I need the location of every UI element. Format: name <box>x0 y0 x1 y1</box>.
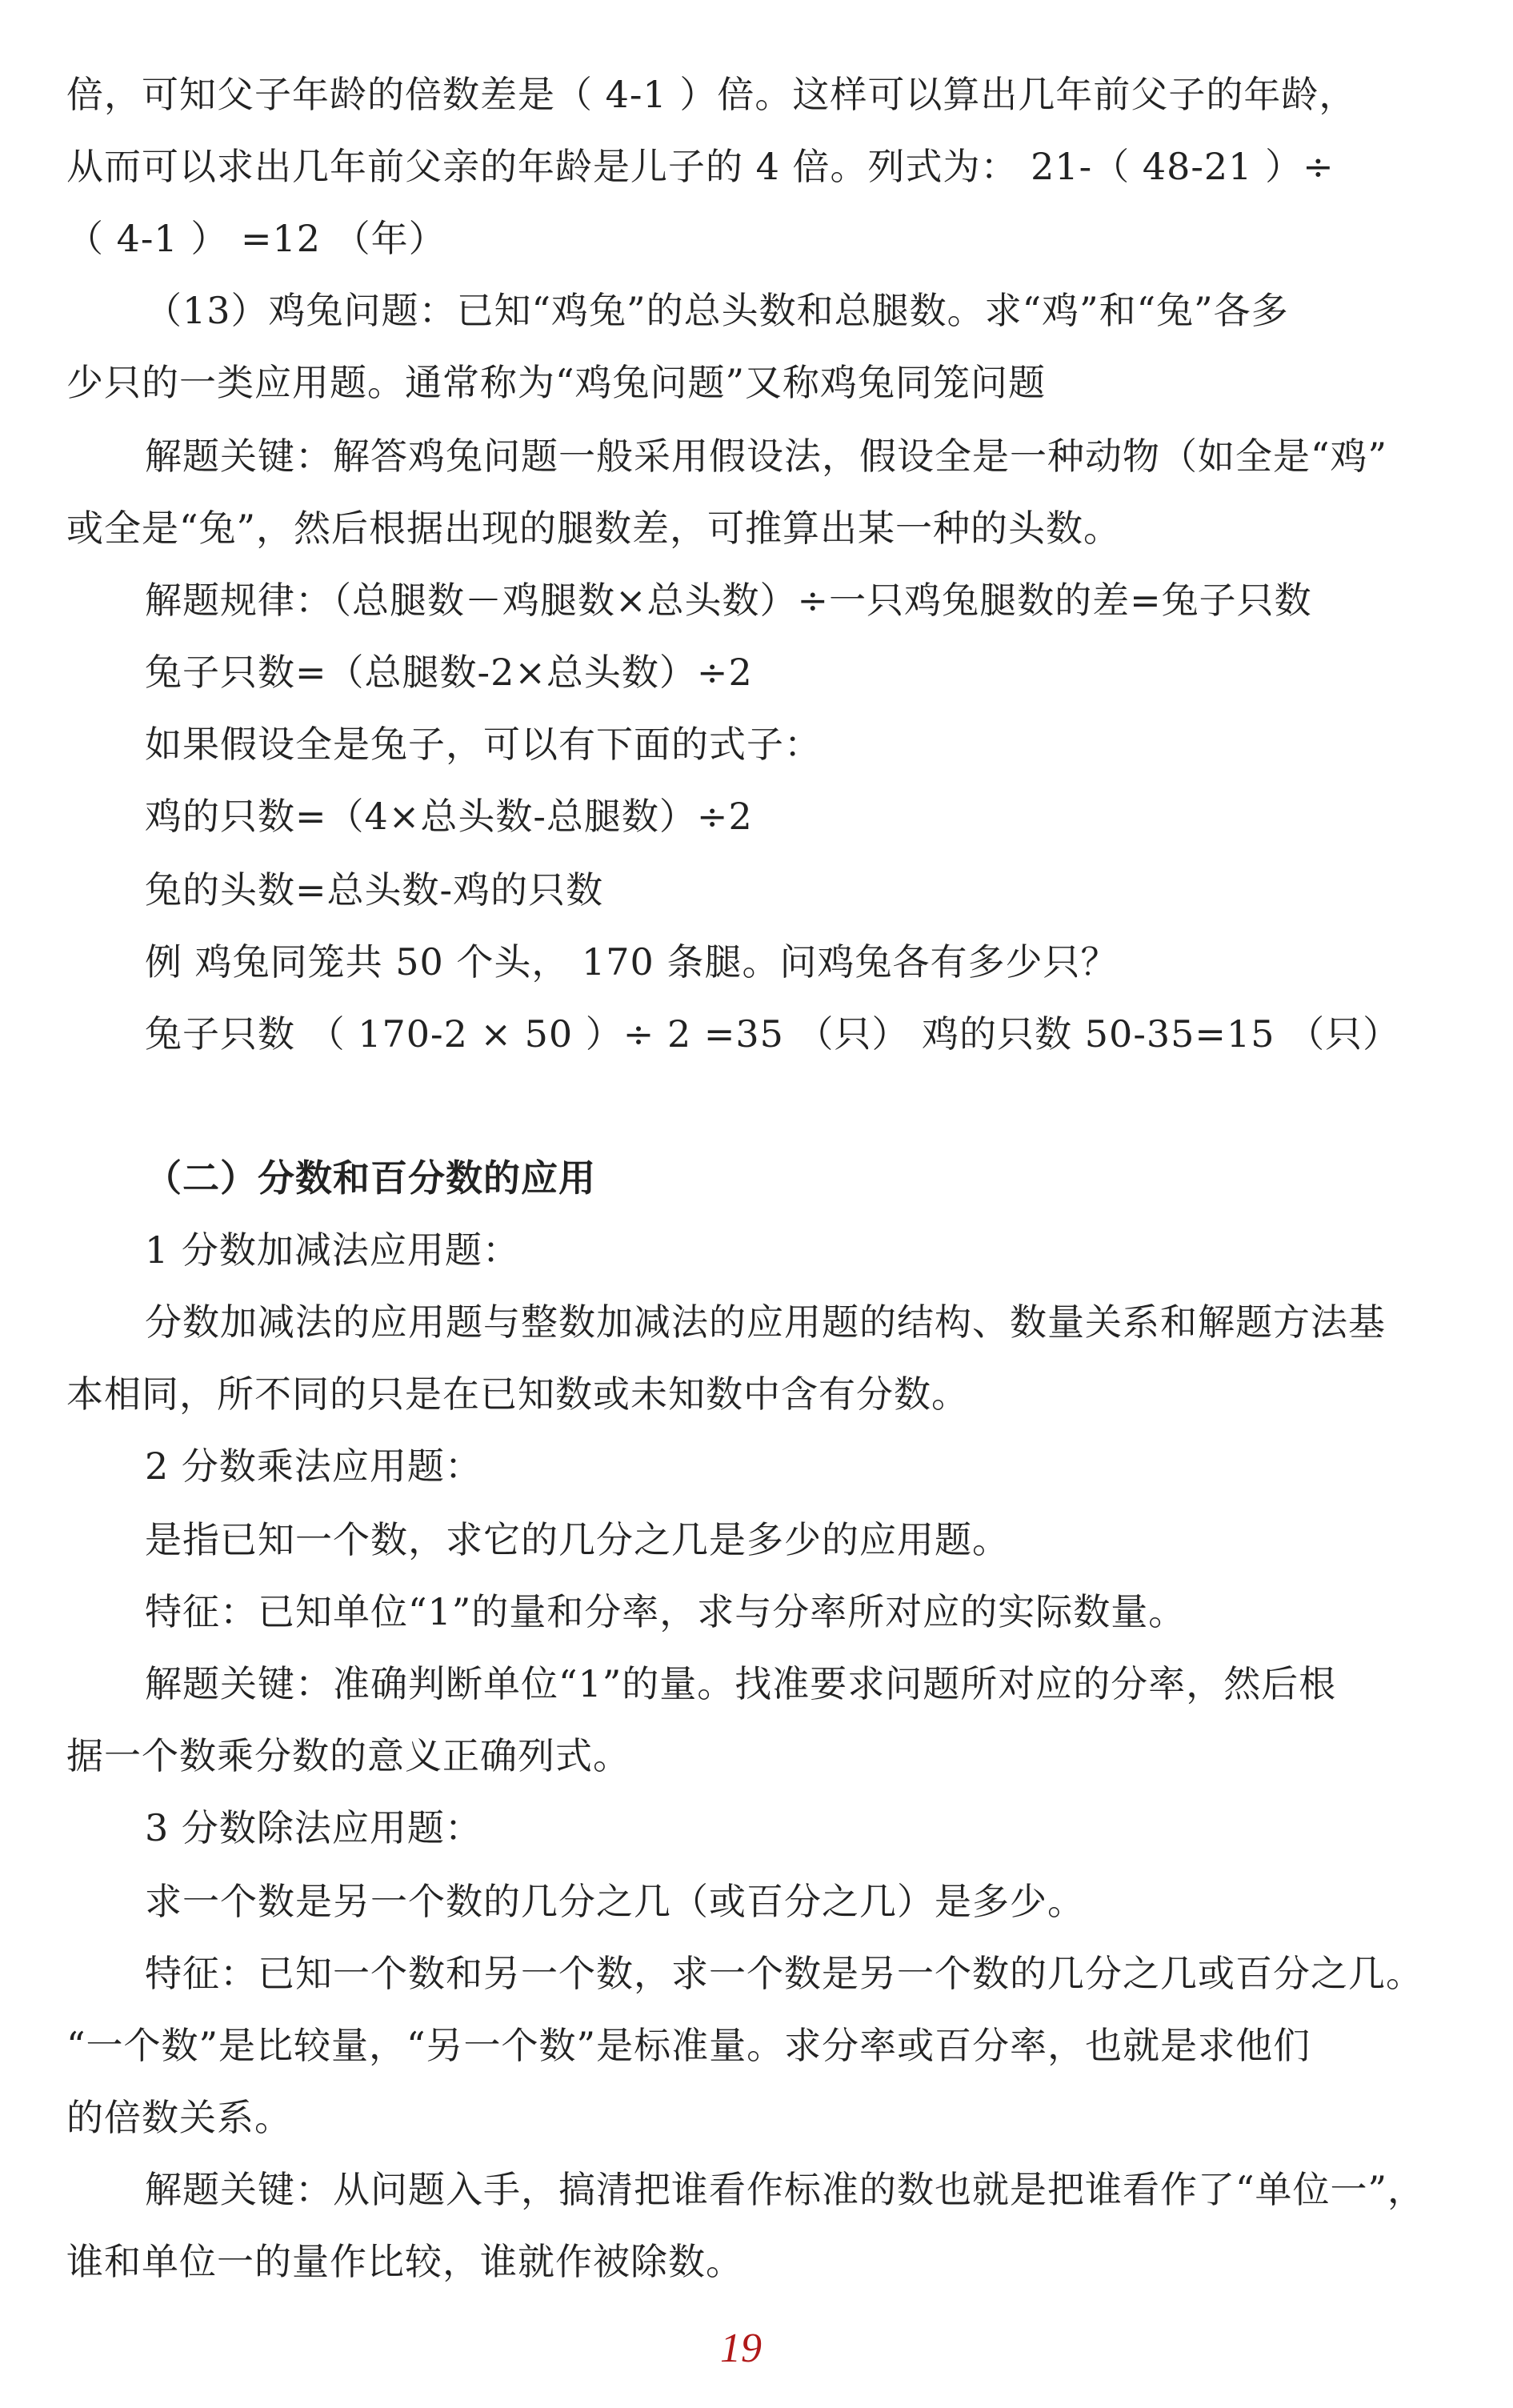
page-number: 19 <box>720 2325 762 2372</box>
section-heading: （二）分数和百分数的应用 <box>145 1154 1513 1202</box>
paragraph-line: 兔的头数=总头数-鸡的只数 <box>145 866 1513 914</box>
paragraph-line: 兔子只数 （ 170-2 × 50 ）÷ 2 =35 （只） 鸡的只数 50-3… <box>145 1010 1513 1058</box>
paragraph-line: 是指已知一个数，求它的几分之几是多少的应用题。 <box>145 1516 1513 1564</box>
paragraph-line: 分数加减法的应用题与整数加减法的应用题的结构、数量关系和解题方法基 <box>145 1298 1513 1346</box>
paragraph-line: 解题关键：解答鸡兔问题一般采用假设法，假设全是一种动物（如全是“鸡” <box>145 432 1513 480</box>
paragraph-line: 特征：已知单位“1”的量和分率，求与分率所对应的实际数量。 <box>145 1588 1513 1636</box>
paragraph-line: 解题规律：（总腿数－鸡腿数×总头数）÷一只鸡兔腿数的差=兔子只数 <box>145 576 1513 624</box>
paragraph-line: 解题关键：从问题入手，搞清把谁看作标准的数也就是把谁看作了“单位一”， <box>145 2166 1513 2214</box>
paragraph-line: 谁和单位一的量作比较，谁就作被除数。 <box>66 2238 1443 2286</box>
paragraph-line: 的倍数关系。 <box>66 2093 1443 2142</box>
paragraph-line: 特征：已知一个数和另一个数，求一个数是另一个数的几分之几或百分之几。 <box>145 1949 1513 1997</box>
paragraph-line: 求一个数是另一个数的几分之几（或百分之几）是多少。 <box>145 1877 1513 1925</box>
paragraph-line: 解题关键：准确判断单位“1”的量。找准要求问题所对应的分率，然后根 <box>145 1660 1513 1708</box>
paragraph-line: 本相同，所不同的只是在已知数或未知数中含有分数。 <box>66 1370 1443 1418</box>
paragraph-line: 鸡的只数=（4×总头数-总腿数）÷2 <box>145 792 1513 840</box>
paragraph-line: “一个数”是比较量，“另一个数”是标准量。求分率或百分率，也就是求他们 <box>66 2021 1443 2069</box>
paragraph-line: 倍，可知父子年龄的倍数差是（ 4-1 ）倍。这样可以算出几年前父子的年龄， <box>66 70 1443 118</box>
paragraph-line: 据一个数乘分数的意义正确列式。 <box>66 1732 1443 1780</box>
paragraph-line: 例 鸡兔同笼共 50 个头， 170 条腿。问鸡兔各有多少只？ <box>145 938 1513 986</box>
paragraph-line: 从而可以求出几年前父亲的年龄是儿子的 4 倍。列式为： 21-（ 48-21 ）… <box>66 142 1443 190</box>
paragraph-line: 1 分数加减法应用题： <box>145 1226 1513 1274</box>
paragraph-line: 2 分数乘法应用题： <box>145 1442 1513 1490</box>
paragraph-line: 如果假设全是兔子，可以有下面的式子： <box>145 720 1513 768</box>
paragraph-line: （13）鸡兔问题：已知“鸡兔”的总头数和总腿数。求“鸡”和“兔”各多 <box>145 286 1513 335</box>
paragraph-line: 少只的一类应用题。通常称为“鸡兔问题”又称鸡兔同笼问题 <box>66 359 1443 407</box>
paragraph-line: 兔子只数=（总腿数-2×总头数）÷2 <box>145 648 1513 696</box>
paragraph-line: 3 分数除法应用题： <box>145 1804 1513 1852</box>
paragraph-line: （ 4-1 ） =12 （年） <box>66 214 1443 262</box>
paragraph-line: 或全是“兔”，然后根据出现的腿数差，可推算出某一种的头数。 <box>66 504 1443 552</box>
